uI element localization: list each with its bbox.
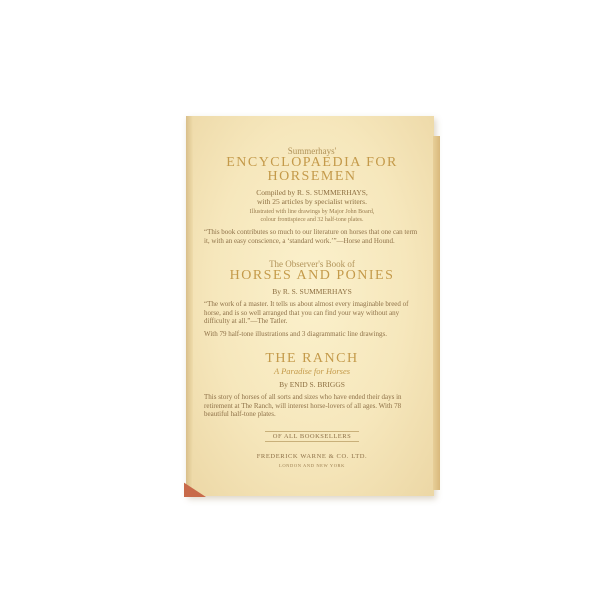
book2-byline: By R. S. SUMMERHAYS (204, 287, 420, 296)
book3-title: THE RANCH (204, 352, 420, 366)
book1-byline2: with 25 articles by specialist writers. (204, 197, 420, 206)
book2-details: With 79 half-tone illustrations and 3 di… (204, 330, 420, 339)
book2-title: HORSES AND PONIES (204, 269, 420, 283)
book1-byline1: Compiled by R. S. SUMMERHAYS, (204, 188, 420, 197)
booksellers-notice: OF ALL BOOKSELLERS (265, 431, 359, 442)
book1-illus2: colour frontispiece and 32 half-tone pla… (204, 216, 420, 224)
red-binding-corner (184, 479, 206, 497)
book-back-cover: Summerhays' ENCYCLOPAEDIA FOR HORSEMEN C… (186, 116, 434, 496)
publisher-name: FREDERICK WARNE & CO. LTD. (204, 453, 420, 460)
book3-description: This story of horses of all sorts and si… (204, 393, 420, 419)
book1-quote: “This book contributes so much to our li… (204, 228, 420, 245)
book2-quote: “The work of a master. It tells us about… (204, 300, 420, 326)
book3-subtitle: A Paradise for Horses (204, 366, 420, 376)
book1-title-line1: ENCYCLOPAEDIA FOR (204, 156, 420, 170)
book1-illus1: Illustrated with line drawings by Major … (204, 208, 420, 216)
cover-text: Summerhays' ENCYCLOPAEDIA FOR HORSEMEN C… (204, 136, 420, 468)
book1-title-line2: HORSEMEN (204, 170, 420, 184)
book3-byline: By ENID S. BRIGGS (204, 380, 420, 389)
publisher-location: LONDON AND NEW YORK (204, 463, 420, 468)
